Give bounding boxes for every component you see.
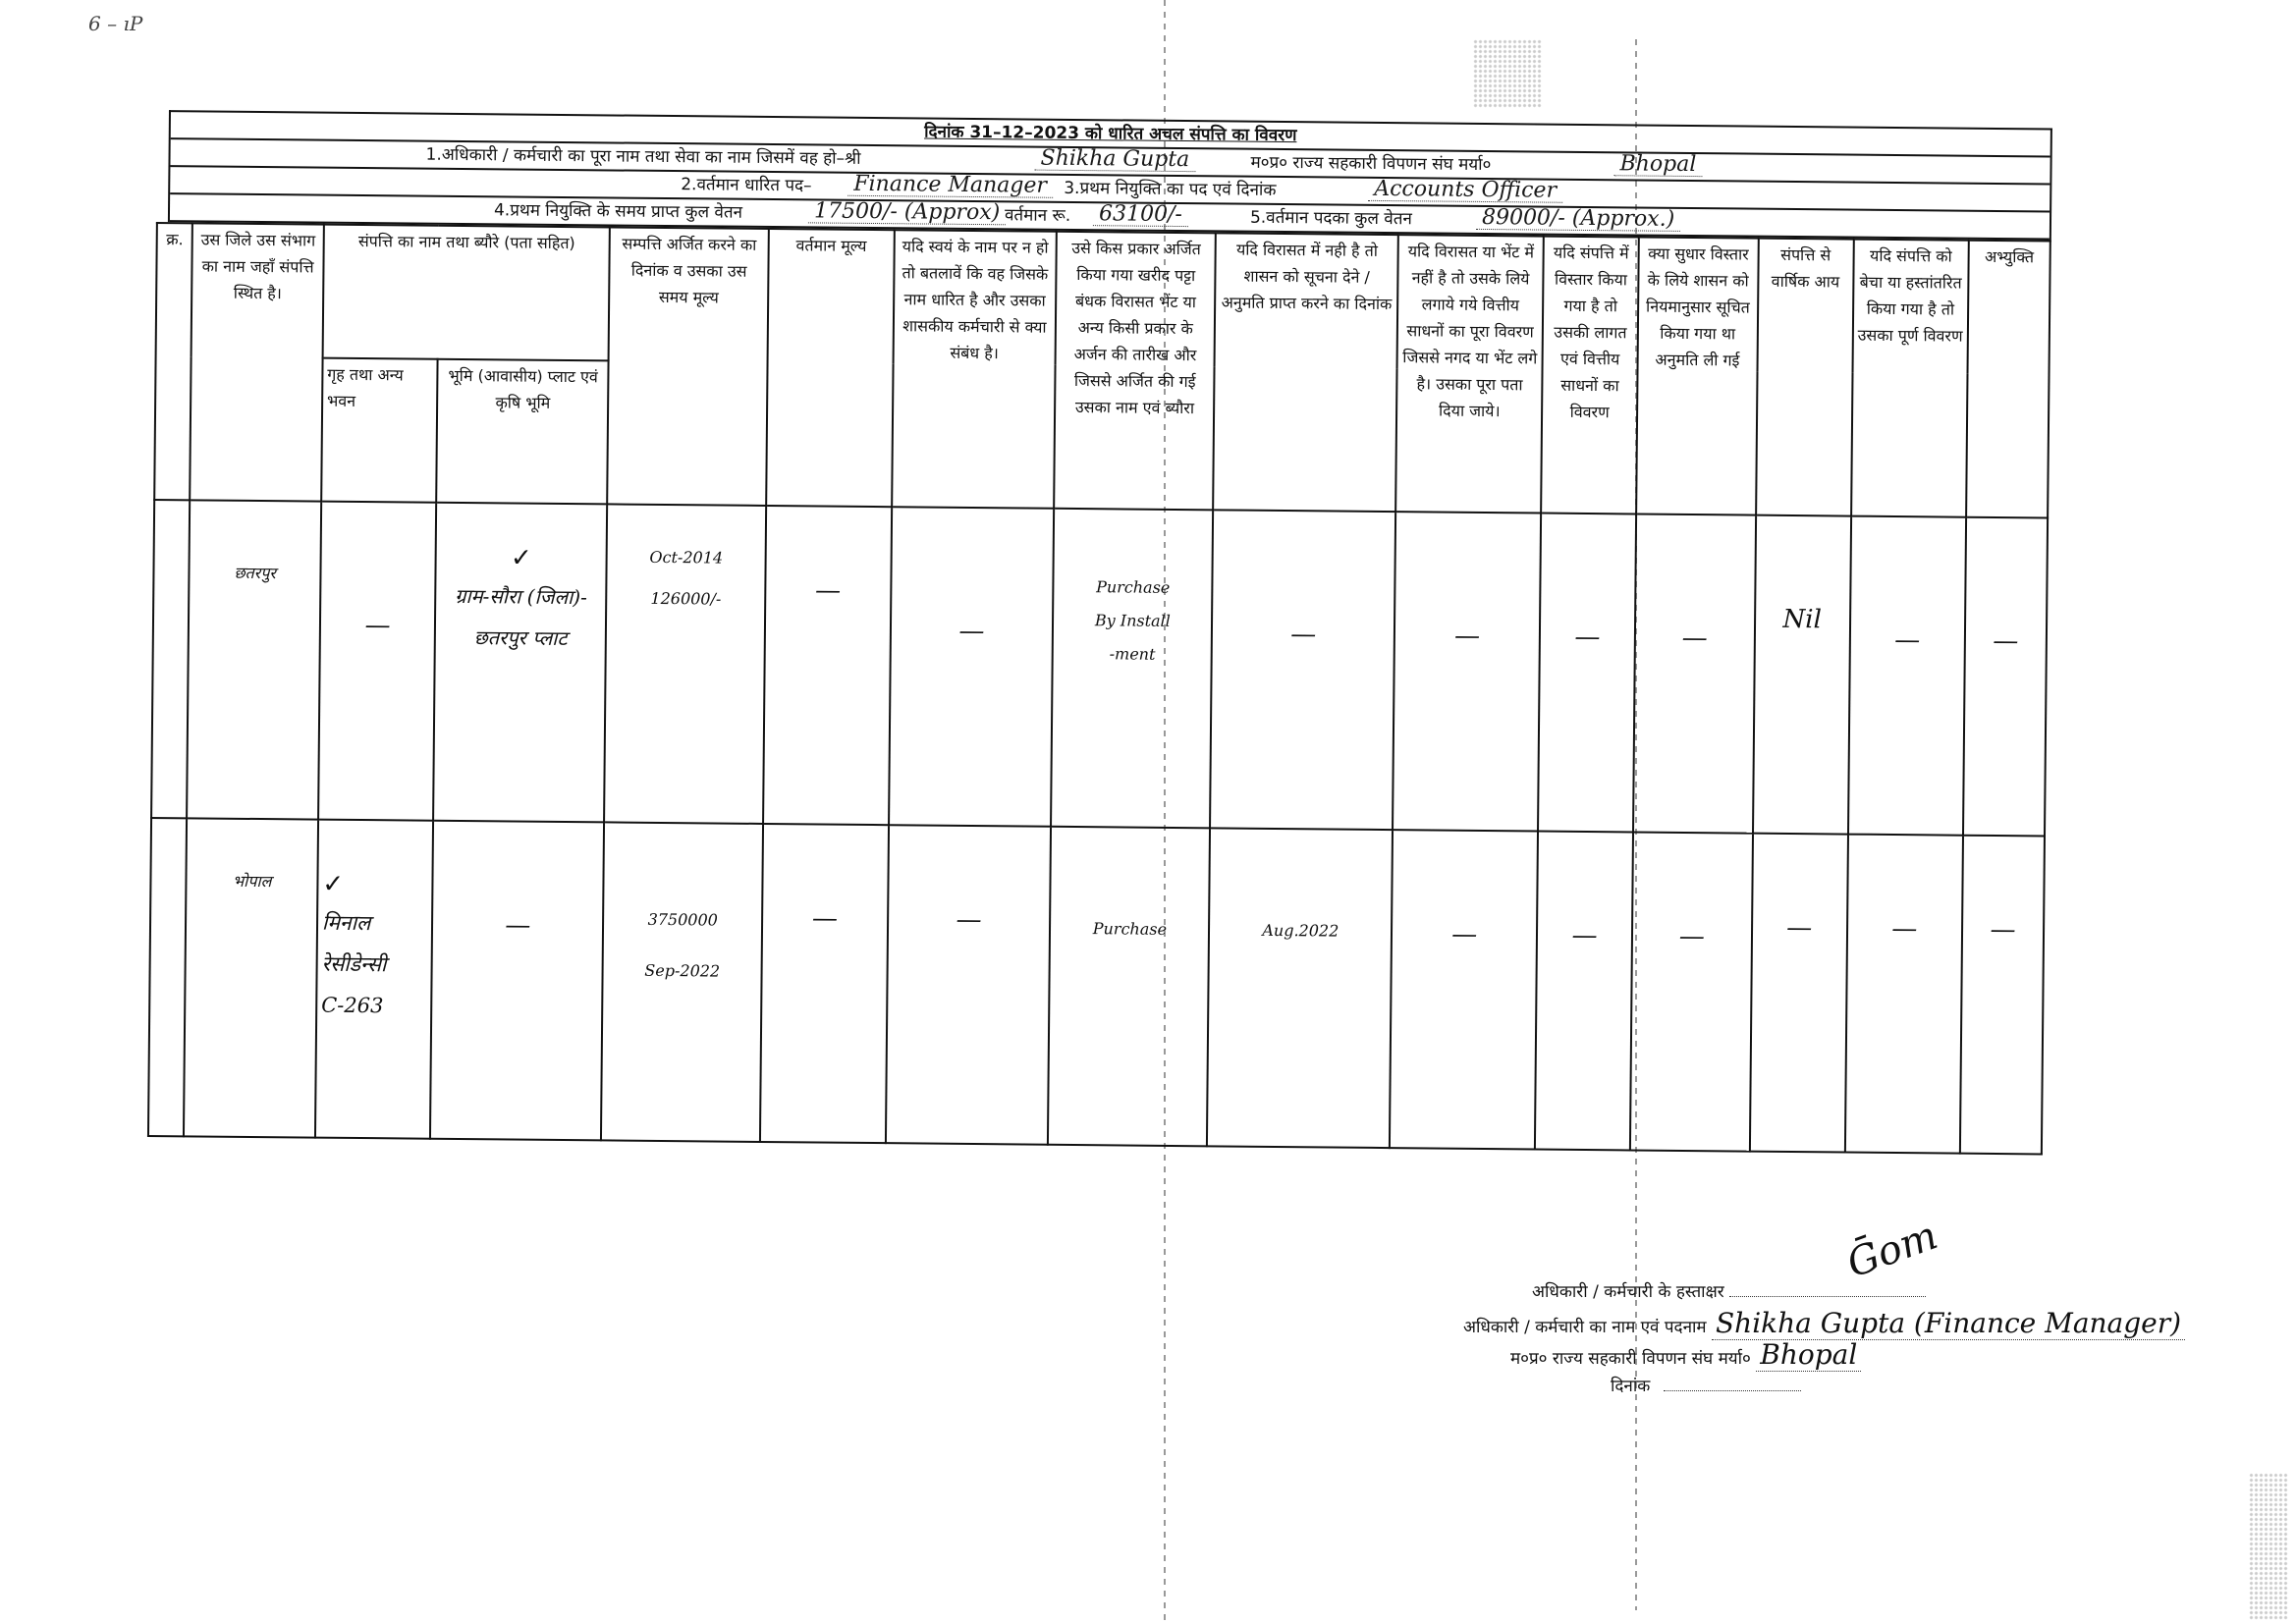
col-land: भूमि (आवासीय) प्लाट एवं कृषि भूमि: [436, 359, 608, 505]
date-blank: [1664, 1390, 1801, 1391]
cell-district: छतरपुर: [187, 500, 321, 819]
sign-line: अधिकारी / कर्मचारी के हस्ताक्षर: [1463, 1276, 2288, 1308]
col-financial-sources: यदि विरासत या भेंट में नहीं है तो उसके ल…: [1396, 235, 1544, 513]
col-annual-income: संपत्ति से वार्षिक आय: [1756, 239, 1854, 516]
col-if-not-own-name: यदि स्वयं के नाम पर न हो तो बतलावें कि व…: [892, 230, 1058, 509]
col-govt-intimation-date: यदि विरासत में नही है तो शासन को सूचना द…: [1213, 233, 1398, 512]
org-label: म०प्र० राज्य सहकारी विपणन संघ मर्या०: [1250, 150, 1491, 178]
property-statement-form: दिनांक 31–12–2023 को धारित अचल संपत्ति क…: [147, 110, 2052, 1155]
cell-acquired-date-value: Oct-2014 126000/-: [604, 504, 766, 824]
cell-remarks: —: [1960, 836, 2045, 1155]
cell-land: —: [430, 821, 604, 1141]
first-appointment-value: Accounts Officer: [1368, 179, 1562, 203]
org-value: Bhopal: [1613, 153, 1702, 177]
cell-acquired-date-value: 3750000 Sep-2022: [601, 822, 763, 1142]
org-line: म०प्र० राज्य सहकारी विपणन संघ मर्या० Bho…: [1463, 1339, 2288, 1371]
cell-if-not-own-name: —: [889, 507, 1055, 827]
property-table: क्र. उस जिले उस संभाग का नाम जहाँ संपत्त…: [147, 222, 2051, 1155]
cell-land: ✓ ग्राम-सौरा (जिला)-छतरपुर प्लाट: [433, 503, 607, 823]
cell-district: भोपाल: [184, 818, 318, 1137]
signature-block: अधिकारी / कर्मचारी के हस्ताक्षर अधिकारी …: [1463, 1276, 2288, 1402]
col-district: उस जिले उस संभाग का नाम जहाँ संपत्ति स्थ…: [191, 223, 324, 501]
first-appointment-label: 3.प्रथम नियुक्ति का पद एवं दिनांक: [1064, 176, 1276, 203]
cell-house: —: [318, 502, 436, 821]
cell-serial: [151, 500, 191, 818]
tick-icon: ✓: [441, 506, 603, 573]
first-salary-value: 17500/- (Approx): [808, 200, 1006, 225]
cell-financial-sources: —: [1390, 830, 1538, 1149]
cell-improvement-intimation: —: [1633, 514, 1755, 833]
cell-sold-transferred: —: [1844, 835, 1962, 1154]
cell-govt-intimation-date: —: [1210, 510, 1395, 830]
tick-icon: ✓: [322, 823, 428, 899]
col-improvement-intimation: क्या सुधार विस्तार के लिये शासन को नियमा…: [1636, 237, 1758, 514]
employee-name-value: Shikha Gupta: [1034, 148, 1195, 173]
cell-extension-cost: —: [1538, 514, 1636, 833]
margin-note: 6 – ıP: [88, 12, 142, 35]
table-row: छतरपुर — ✓ ग्राम-सौरा (जिला)-छतरपुर प्ला…: [151, 500, 2048, 836]
col-serial: क्र.: [154, 223, 192, 500]
cell-house: ✓ मिनाल रेसीडेन्सी C-263: [315, 820, 433, 1139]
first-salary-label: 4.प्रथम नियुक्ति के समय प्राप्त कुल वेतन: [494, 197, 742, 225]
cell-govt-intimation-date: Aug.2022: [1207, 828, 1393, 1148]
cell-annual-income: —: [1749, 834, 1847, 1153]
col-house: गृह तथा अन्य भवन: [321, 358, 438, 503]
date-line: दिनांक: [1463, 1371, 2288, 1402]
col-property-name: संपत्ति का नाम तथा ब्यौरे (पता सहित): [323, 225, 611, 361]
col-remarks: अभ्युक्ति: [1966, 241, 2050, 518]
current-post-value: Finance Manager: [847, 174, 1053, 198]
scan-noise: [1473, 39, 1542, 108]
table-header-row: क्र. उस जिले उस संभाग का नाम जहाँ संपत्त…: [156, 223, 2050, 375]
col-acquired-date-value: सम्पत्ति अर्जित करने का दिनांक व उसका उस…: [607, 227, 769, 506]
col-sold-transferred: यदि संपत्ति को बेचा या हस्तांतरित किया ग…: [1851, 240, 1969, 517]
current-rs-value: 63100/-: [1093, 203, 1188, 227]
col-extension-cost: यदि संपत्ति में विस्तार किया गया है तो उ…: [1541, 237, 1639, 514]
cell-how-acquired: Purchase: [1048, 827, 1210, 1147]
current-rs-label: वर्तमान रू.: [1005, 202, 1070, 229]
current-salary-label: 5.वर्तमान पदका कुल वेतन: [1250, 205, 1412, 233]
cell-serial: [148, 818, 188, 1136]
scanned-page: 6 – ıP दिनांक 31–12–2023 को धारित अचल सं…: [0, 0, 2296, 1624]
form-header: दिनांक 31–12–2023 को धारित अचल संपत्ति क…: [168, 110, 2052, 240]
cell-annual-income: Nil: [1753, 515, 1851, 835]
cell-current-value: —: [763, 506, 892, 825]
sign-blank: [1729, 1296, 1926, 1297]
table-row: भोपाल ✓ मिनाल रेसीडेन्सी C-263 — 3750000…: [148, 818, 2045, 1154]
org-value: Bhopal: [1756, 1338, 1861, 1372]
date-label: दिनांक: [1463, 1371, 1650, 1402]
cell-if-not-own-name: —: [885, 825, 1051, 1145]
scan-noise: [2249, 1473, 2288, 1620]
col-current-value: वर्तमान मूल्य: [766, 229, 894, 507]
cell-how-acquired: Purchase By Install -ment: [1051, 509, 1213, 829]
name-line: अधिकारी / कर्मचारी का नाम एवं पदनाम Shik…: [1463, 1308, 2288, 1339]
employee-name-label: 1.अधिकारी / कर्मचारी का पूरा नाम तथा सेव…: [425, 142, 860, 172]
cell-sold-transferred: —: [1848, 516, 1966, 836]
current-post-label: 2.वर्तमान धारित पद–: [681, 172, 812, 198]
cell-improvement-intimation: —: [1630, 832, 1752, 1151]
cell-remarks: —: [1963, 517, 2048, 837]
name-value: Shikha Gupta (Finance Manager): [1712, 1307, 2185, 1340]
cell-financial-sources: —: [1393, 512, 1541, 831]
col-how-acquired: उसे किस प्रकार अर्जित किया गया खरीद पट्ट…: [1055, 232, 1217, 511]
cell-extension-cost: —: [1535, 832, 1633, 1151]
sign-label: अधिकारी / कर्मचारी के हस्ताक्षर: [1463, 1276, 1724, 1308]
cell-current-value: —: [760, 824, 889, 1143]
current-salary-value: 89000/- (Approx.): [1476, 207, 1680, 232]
